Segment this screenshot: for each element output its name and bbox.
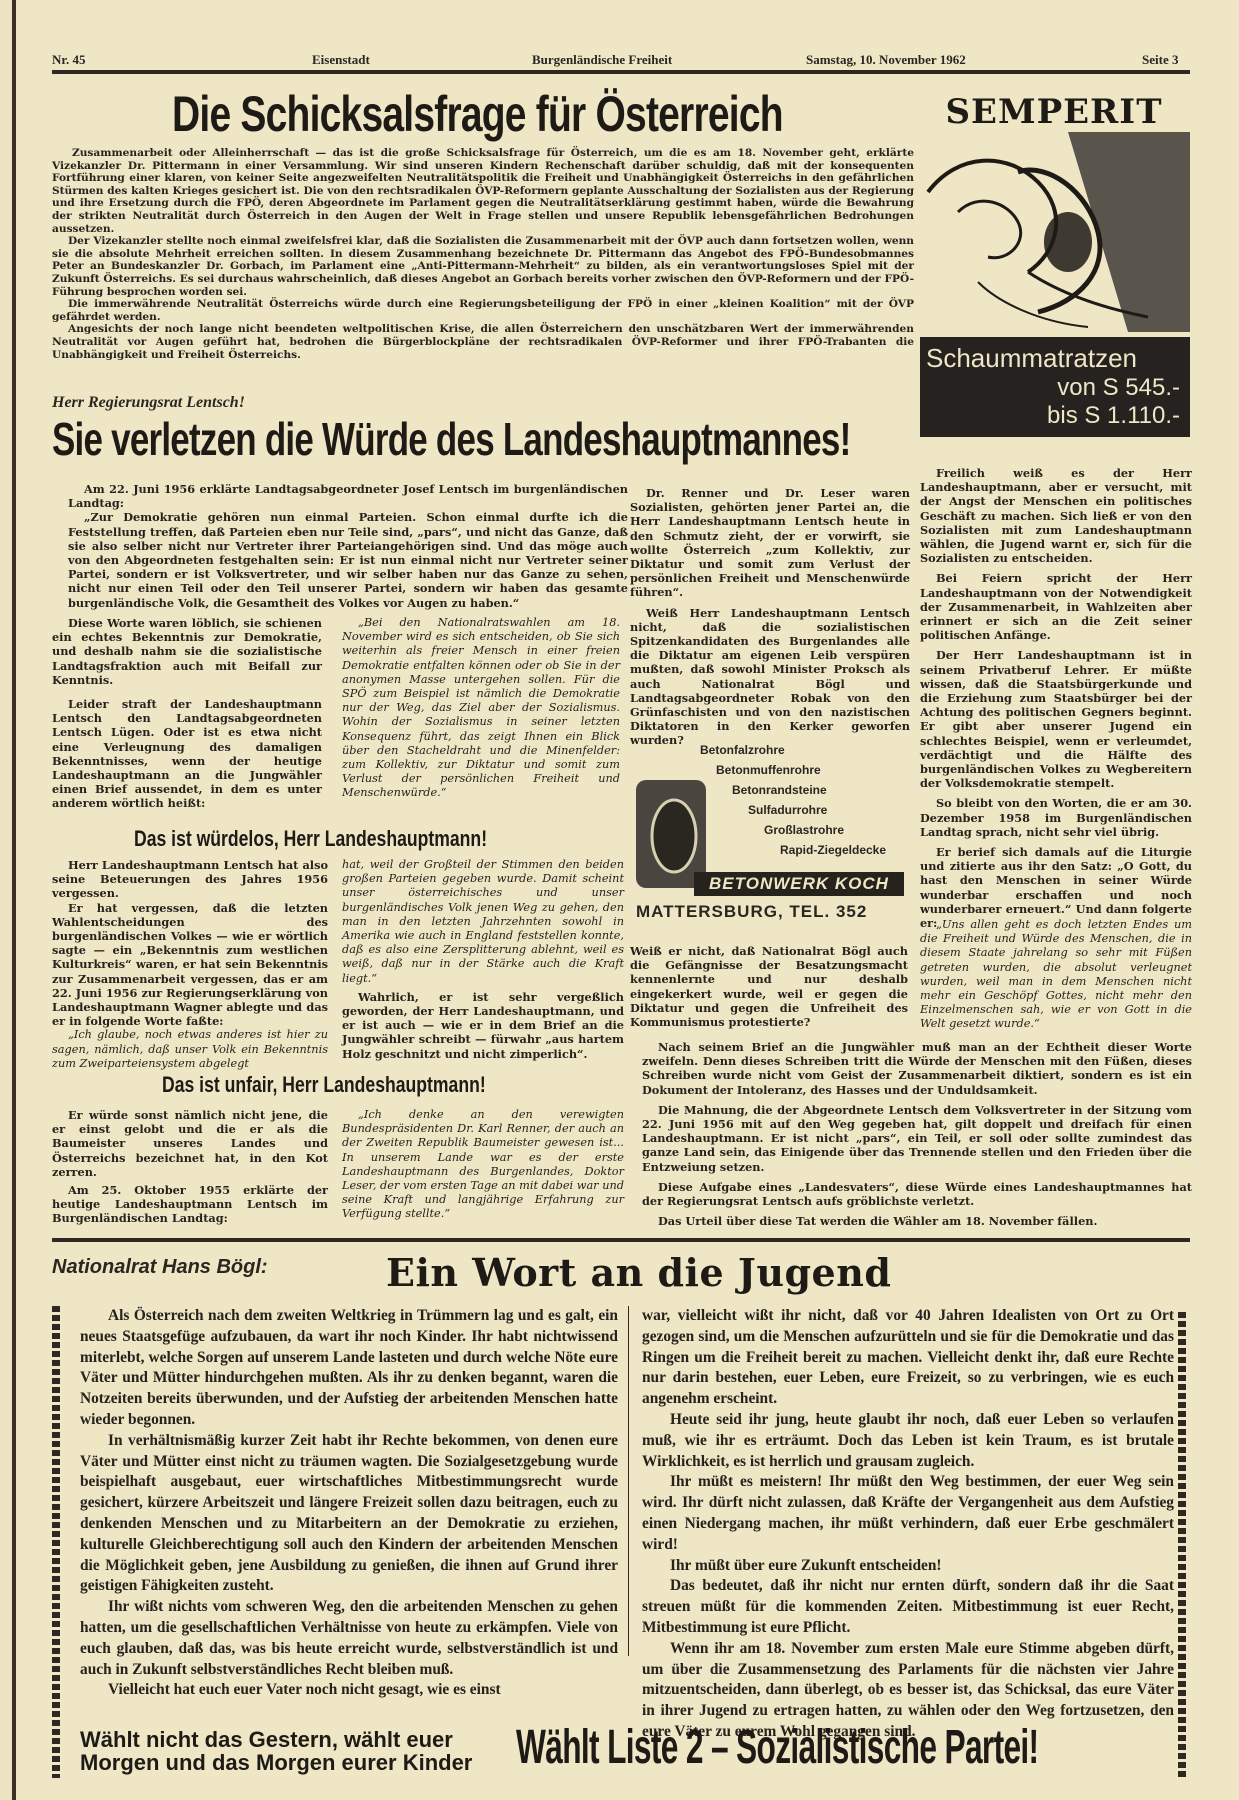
sec2-col1: Herr Landeshauptmann Lentsch hat also se… (52, 858, 328, 1071)
paragraph: Die immerwährende Neutralität Österreich… (52, 298, 914, 323)
paragraph: Herr Landeshauptmann Lentsch hat also se… (52, 858, 328, 901)
paragraph: So bleibt von den Worten, die er am 30. … (920, 796, 1192, 839)
paragraph: Als Österreich nach dem zweiten Weltkrie… (80, 1306, 618, 1431)
closing-paragraphs: Nach seinem Brief an die Jungwähler muß … (642, 1040, 1192, 1228)
product-name: Schaummatratzen (920, 337, 1190, 374)
paragraph: Ihr müßt es meistern! Ihr müßt den Weg b… (642, 1472, 1174, 1555)
newspaper-page: Nr. 45 Eisenstadt Burgenländische Freihe… (12, 0, 1239, 1800)
page-number: Seite 3 (1142, 52, 1178, 68)
product-list: Betonfalzrohre Betonmuffenrohre Betonran… (700, 740, 886, 880)
jugend-col2: war, vielleicht wißt ihr nicht, daß vor … (642, 1306, 1174, 1743)
sleeping-woman-illustration (918, 132, 1190, 332)
section-rule (52, 1238, 1190, 1242)
decorative-border-left (52, 1306, 60, 1778)
paragraph: Die Mahnung, die der Abgeordnete Lentsch… (642, 1103, 1192, 1174)
price-from: von S 545.- (920, 374, 1190, 402)
semperit-logo: SEMPERIT (918, 92, 1190, 132)
city: Eisenstadt (312, 52, 370, 68)
kicker-boegl: Nationalrat Hans Bögl: (52, 1256, 268, 1279)
paragraph: Diese Worte waren löblich, sie schienen … (52, 616, 322, 687)
vote-call: Wählt Liste 2 – Sozialistische Partei! (516, 1722, 1038, 1774)
paragraph: Er würde sonst nämlich nicht jene, die e… (52, 1108, 328, 1179)
paragraph: Der Vizekanzler stellte noch einmal zwei… (52, 235, 914, 298)
paragraph: In verhältnismäßig kurzer Zeit habt ihr … (80, 1431, 618, 1597)
jugend-col1: Als Österreich nach dem zweiten Weltkrie… (80, 1306, 618, 1701)
paragraph: „Zur Demokratie gehören nun einmal Parte… (68, 510, 628, 609)
paragraph: Diese Aufgabe eines „Landesvaters“, dies… (642, 1180, 1192, 1208)
paragraph: Am 25. Oktober 1955 erklärte der heutige… (52, 1183, 328, 1226)
sec3-col1: Er würde sonst nämlich nicht jene, die e… (52, 1108, 328, 1226)
col4-text: Freilich weiß es der Herr Landeshauptman… (920, 466, 1192, 930)
paragraph: Bei Feiern spricht der Herr Landeshauptm… (920, 571, 1192, 642)
headline-schicksalsfrage: Die Schicksalsfrage für Österreich (172, 86, 783, 142)
paragraph: Am 22. Juni 1956 erklärte Landtagsabgeor… (68, 482, 628, 510)
headline-wort-an-jugend: Ein Wort an die Jugend (386, 1250, 891, 1295)
paragraph: Vielleicht hat euch euer Vater noch nich… (80, 1680, 618, 1701)
company-banner: BETONWERK KOCH (694, 872, 904, 896)
paragraph: Dr. Renner und Dr. Leser waren Sozialist… (630, 486, 910, 600)
sec2-col2: hat, weil der Großteil der Stimmen den b… (342, 858, 624, 1061)
issue-number: Nr. 45 (52, 52, 85, 68)
paragraph: Heute seid ihr jung, heute glaubt ihr no… (642, 1410, 1174, 1472)
subhead-wuerdelos: Das ist würdelos, Herr Landeshauptmann! (134, 826, 487, 852)
sec3-col2-quote: „Ich denke an den verewigten Bundespräsi… (342, 1108, 624, 1222)
slogan: Wählt nicht das Gestern, wählt euer Morg… (80, 1728, 472, 1774)
col3-text: Dr. Renner und Dr. Leser waren Sozialist… (630, 486, 910, 748)
liturgy-quote: „Uns allen geht es doch letzten Endes um… (920, 918, 1192, 1032)
paragraph: Ihr wißt nichts vom schweren Weg, den di… (80, 1597, 618, 1680)
paragraph: Ihr müßt über eure Zukunft entscheiden! (642, 1556, 1174, 1577)
letter-quote: „Bei den Nationalratswahlen am 18. Novem… (342, 616, 620, 801)
paragraph: Wahrlich, er ist sehr vergeßlich geworde… (342, 990, 624, 1061)
paragraph: Das bedeutet, daß ihr nicht nur ernten d… (642, 1576, 1174, 1638)
headline-wuerde: Sie verletzen die Würde des Landeshauptm… (52, 414, 850, 464)
bogl-question: Weiß er nicht, daß Nationalrat Bögl auch… (630, 944, 908, 1029)
paragraph: Angesichts der noch lange nicht beendete… (52, 323, 914, 361)
paragraph: Das Urteil über diese Tat werden die Wäh… (642, 1214, 1192, 1228)
decorative-border-right (1178, 1312, 1186, 1778)
paragraph: Der Herr Landeshauptmann ist in seinem P… (920, 648, 1192, 790)
kicker-regierungsrat: Herr Regierungsrat Lentsch! (52, 394, 245, 412)
subhead-unfair: Das ist unfair, Herr Landeshauptmann! (162, 1072, 486, 1098)
col1-text: Diese Worte waren löblich, sie schienen … (52, 616, 322, 811)
lead-quote: Am 22. Juni 1956 erklärte Landtagsabgeor… (68, 482, 628, 610)
price-to: bis S 1.110.- (920, 402, 1190, 430)
ad-betonwerk-koch[interactable]: Betonfalzrohre Betonmuffenrohre Betonran… (630, 734, 908, 930)
paragraph: war, vielleicht wißt ihr nicht, daß vor … (642, 1306, 1174, 1410)
article-schicksalsfrage-body: Zusammenarbeit oder Alleinherrschaft — d… (52, 147, 914, 361)
company-address: MATTERSBURG, TEL. 352 (636, 902, 867, 922)
paragraph: Nach seinem Brief an die Jungwähler muß … (642, 1040, 1192, 1097)
ad-semperit[interactable]: SEMPERIT Schaummatratzen von S 545.- bis… (918, 92, 1190, 440)
page-header: Nr. 45 Eisenstadt Burgenländische Freihe… (52, 52, 1190, 72)
paragraph: Zusammenarbeit oder Alleinherrschaft — d… (52, 147, 914, 235)
semperit-price-box: Schaummatratzen von S 545.- bis S 1.110.… (920, 337, 1190, 437)
header-rule (52, 70, 1190, 74)
paragraph: Er hat vergessen, daß die letzten Wahlen… (52, 901, 328, 1029)
paragraph: Leider straft der Landeshauptmann Lentsc… (52, 697, 322, 811)
paragraph: Freilich weiß es der Herr Landeshauptman… (920, 466, 1192, 565)
paragraph: Weiß Herr Landeshauptmann Lentsch nicht,… (630, 606, 910, 748)
date: Samstag, 10. November 1962 (806, 52, 966, 68)
paragraph: „Ich glaube, noch etwas anderes ist hier… (52, 1028, 328, 1071)
newspaper-name: Burgenländische Freiheit (532, 52, 672, 68)
column-divider (628, 1306, 629, 1656)
